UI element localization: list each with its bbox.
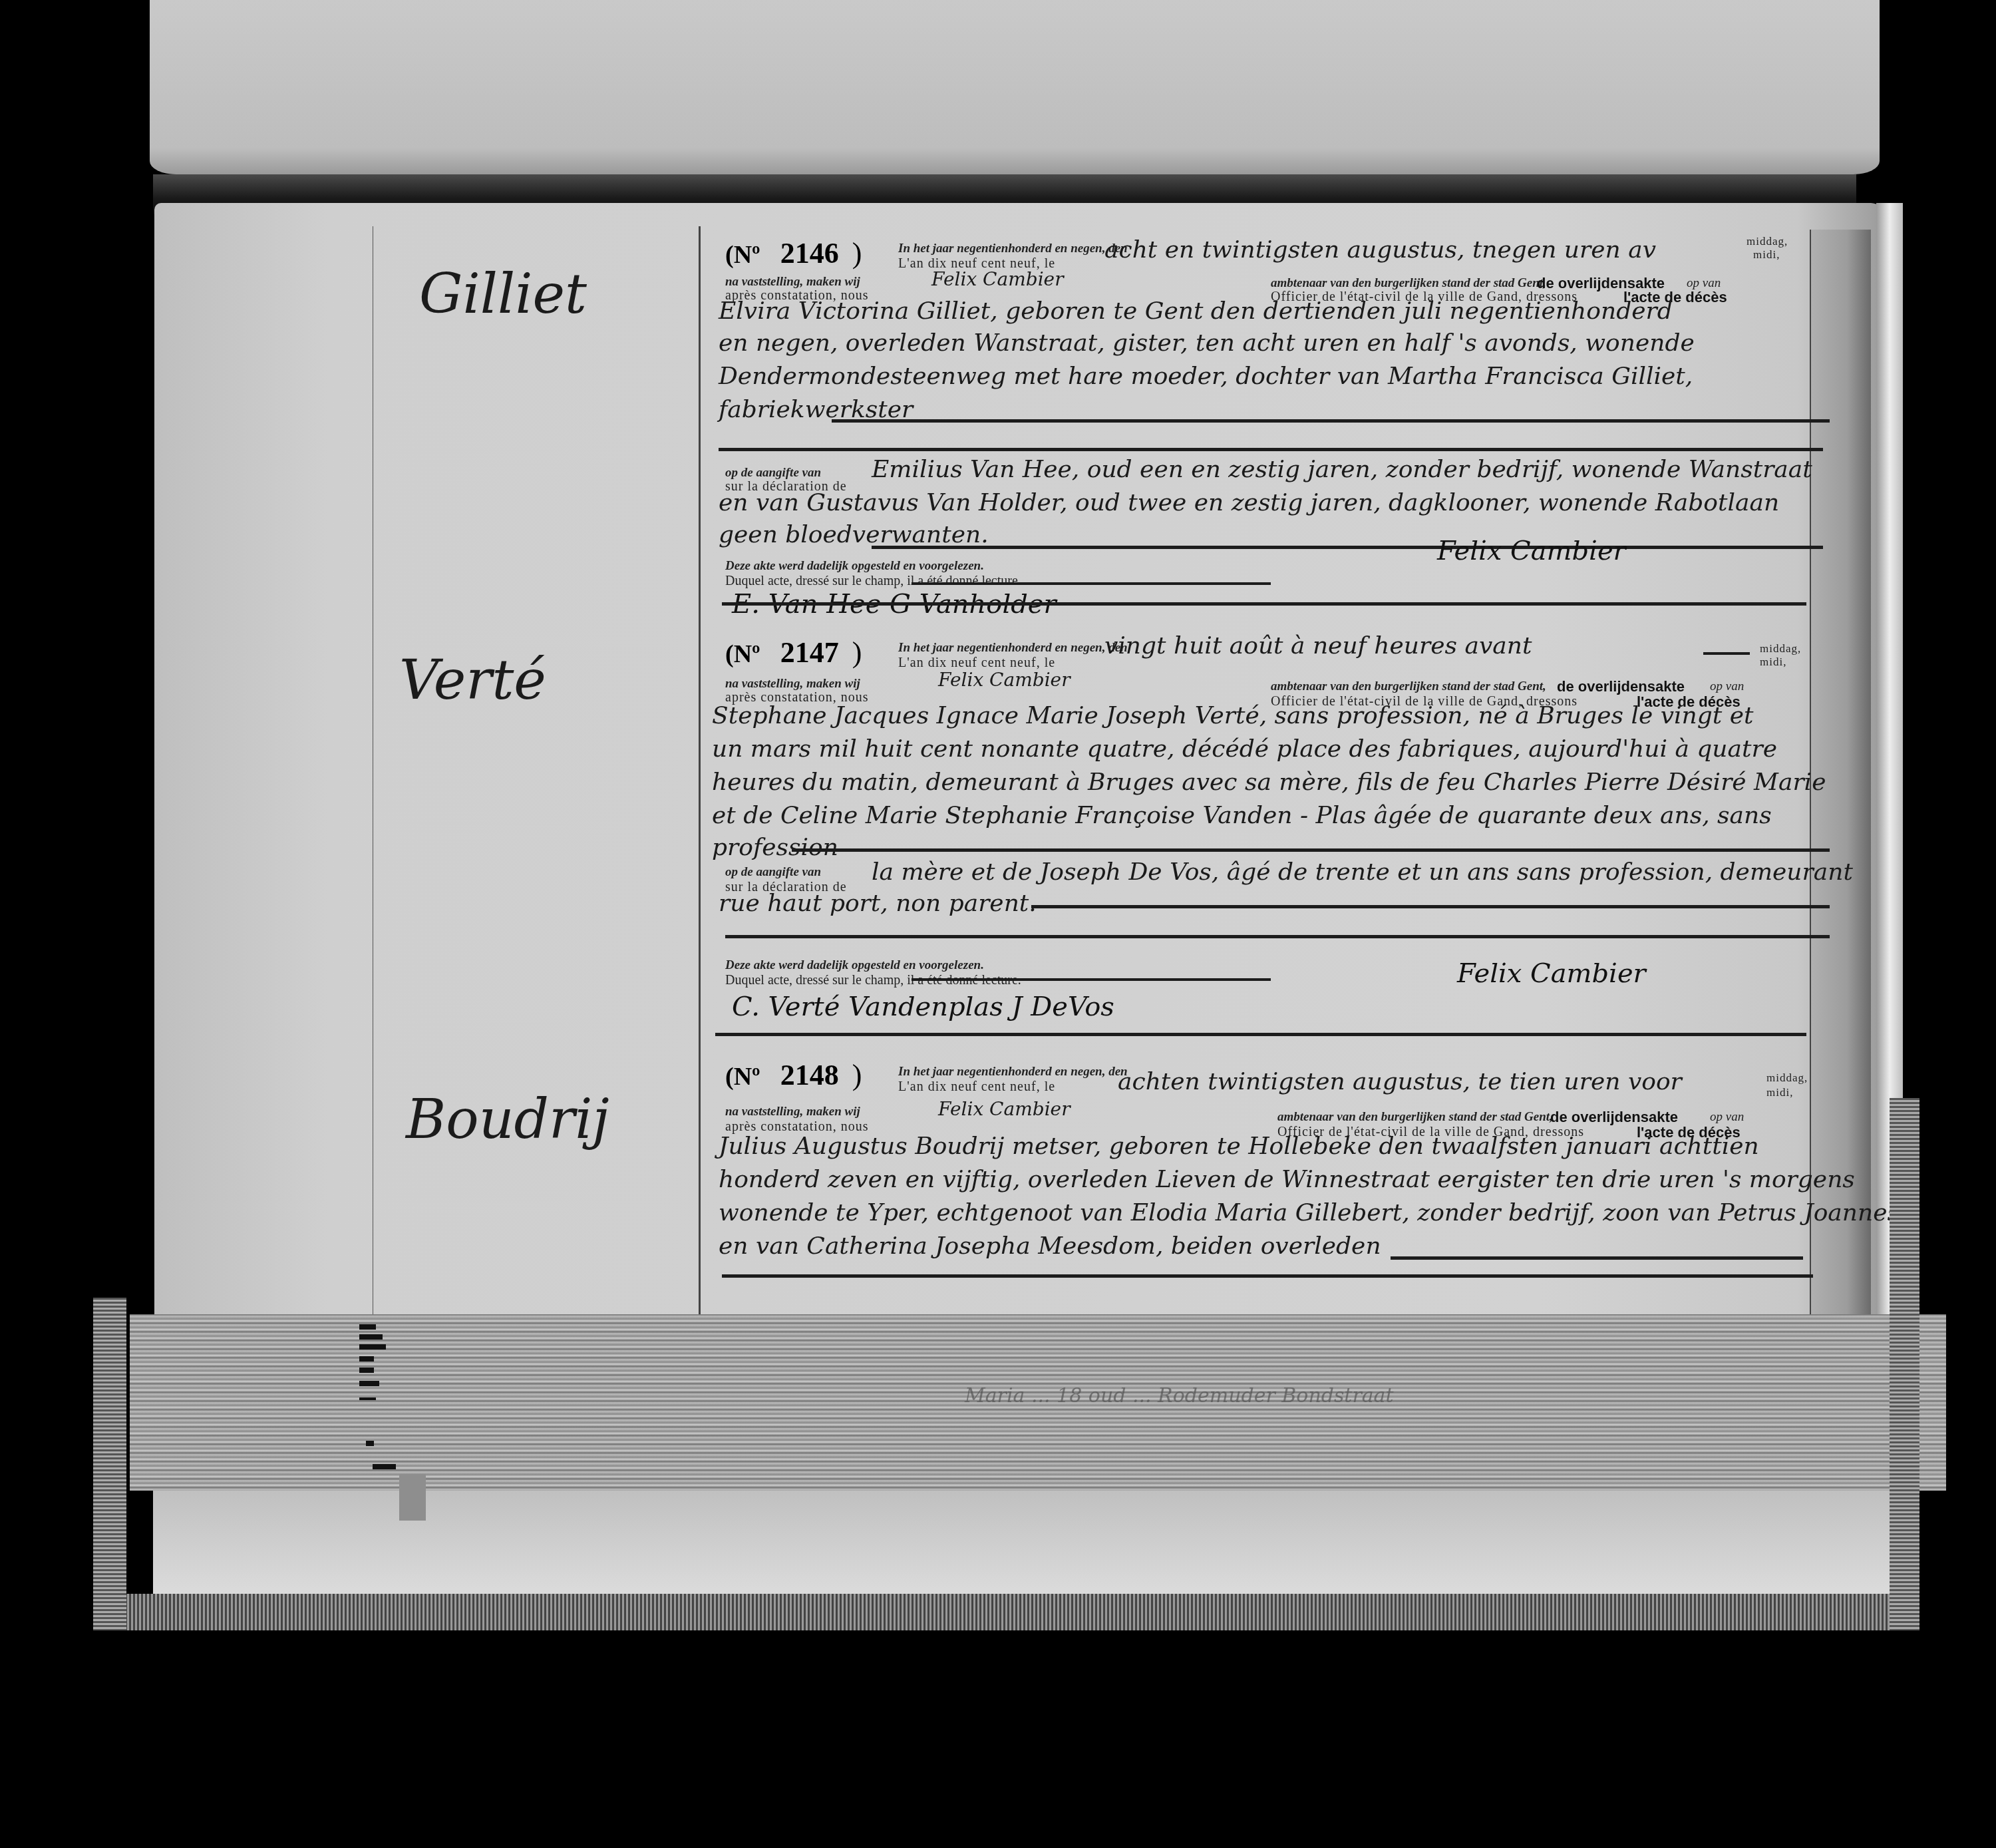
- label-midi: midi,: [1760, 655, 1786, 669]
- section-divider: [722, 602, 1806, 606]
- number-suffix: ): [852, 636, 862, 669]
- label-midi: midi,: [1766, 1086, 1793, 1099]
- signature-officer: Felix Cambier: [1457, 958, 1646, 989]
- label-middag: middag,: [1760, 642, 1801, 655]
- rule-line: [792, 848, 1830, 852]
- entry-number-block: (Nº2147): [725, 636, 862, 669]
- entry-2146: (Nº2146) In het jaar negentienhonderd en…: [719, 236, 1810, 609]
- previous-page-curl: [150, 0, 1880, 174]
- entry-number: 2148: [780, 1059, 839, 1091]
- tab-mark: [359, 1356, 374, 1362]
- number-prefix: (Nº: [725, 1063, 760, 1091]
- entry-number: 2147: [780, 636, 839, 669]
- body-line: Stephane Jacques Ignace Marie Joseph Ver…: [712, 702, 1753, 729]
- declarant-line: en van Gustavus Van Holder, oud twee en …: [719, 489, 1779, 516]
- number-suffix: ): [852, 237, 862, 270]
- date-handwritten: acht en twintigsten augustus, tnegen ure…: [1104, 236, 1656, 264]
- form-left-border: [699, 226, 701, 1318]
- tab-mark: [359, 1334, 383, 1340]
- label-na-vaststelling: na vaststelling, maken wij: [725, 1105, 860, 1119]
- label-year-fr: L'an dix neuf cent neuf, le: [898, 1079, 1055, 1095]
- cloth-binding-right: [1890, 1098, 1919, 1630]
- number-suffix: ): [852, 1059, 862, 1091]
- rule-line: [1703, 652, 1750, 655]
- body-line: heures du matin, demeurant à Bruges avec…: [712, 769, 1826, 796]
- rule-line: [719, 448, 1823, 451]
- label-op-van: op van: [1710, 679, 1744, 694]
- label-deze-akte: Deze akte werd dadelijk opgesteld en voo…: [725, 559, 984, 574]
- tab-mark: [373, 1464, 396, 1469]
- rule-line: [832, 419, 1830, 423]
- number-prefix: (Nº: [725, 241, 760, 269]
- margin-name-verte: Verté: [399, 649, 546, 712]
- entry-2147: (Nº2147) In het jaar negentienhonderd en…: [719, 636, 1810, 1035]
- label-ambtenaar: ambtenaar van den burgerlijken stand der…: [1277, 1110, 1553, 1125]
- section-divider: [715, 1033, 1806, 1036]
- label-na-vaststelling: na vaststelling, maken wij: [725, 677, 860, 691]
- declarant-line: la mère et de Joseph De Vos, âgé de tren…: [872, 858, 1853, 886]
- body-line: en van Catherina Josepha Meesdom, beiden…: [719, 1232, 1381, 1260]
- tab-mark: [359, 1381, 379, 1386]
- tab-mark: [359, 1324, 376, 1330]
- body-line: honderd zeven en vijftig, overleden Liev…: [719, 1166, 1855, 1193]
- label-midi: midi,: [1753, 248, 1780, 262]
- officer-name: Felix Cambier: [938, 1098, 1071, 1120]
- rule-line: [1031, 905, 1830, 908]
- label-na-vaststelling: na vaststelling, maken wij: [725, 275, 860, 289]
- date-handwritten: vingt huit août à neuf heures avant: [1104, 632, 1532, 659]
- entry-2148: (Nº2148) In het jaar negentienhonderd en…: [719, 1058, 1810, 1278]
- tab-mark: [359, 1344, 386, 1350]
- label-year-nl: In het jaar negentienhonderd en negen, d…: [898, 242, 1128, 256]
- rule-line: [912, 582, 1271, 585]
- rule-line: [872, 546, 1823, 549]
- declarant-line: Emilius Van Hee, oud een en zestig jaren…: [872, 456, 1812, 483]
- body-line: wonende te Yper, echtgenoot van Elodia M…: [719, 1199, 1900, 1226]
- label-aangifte: op de aangifte van: [725, 466, 821, 480]
- cloth-binding-bottom: [93, 1594, 1916, 1630]
- margin-name-gilliet: Gilliet: [419, 263, 587, 326]
- label-ambtenaar: ambtenaar van den burgerlijken stand der…: [1271, 679, 1546, 694]
- body-line: un mars mil huit cent nonante quatre, dé…: [712, 735, 1777, 763]
- tab-mark: [366, 1441, 374, 1446]
- body-line: Elvira Victorina Gilliet, geboren te Gen…: [719, 297, 1673, 325]
- rule-line: [725, 935, 1830, 938]
- label-aangifte: op de aangifte van: [725, 865, 821, 880]
- officer-name: Felix Cambier: [938, 669, 1071, 691]
- label-op-van: op van: [1710, 1110, 1744, 1125]
- label-deze-akte: Deze akte werd dadelijk opgesteld en voo…: [725, 958, 984, 973]
- rule-line: [1391, 1256, 1803, 1260]
- entry-number-block: (Nº2148): [725, 1058, 862, 1092]
- body-line: et de Celine Marie Stephanie Françoise V…: [712, 802, 1772, 829]
- tab-mark: [359, 1397, 376, 1400]
- signatures-declarants: C. Verté Vandenplas J DeVos: [732, 992, 1114, 1022]
- entry-number-block: (Nº2146): [725, 236, 862, 270]
- margin-name-boudrij: Boudrij: [406, 1088, 609, 1151]
- entry-number: 2146: [780, 237, 839, 270]
- cloth-binding-left: [93, 1298, 126, 1630]
- body-line: Julius Augustus Boudrij metser, geboren …: [719, 1133, 1759, 1160]
- body-line: en negen, overleden Wanstraat, gister, t…: [719, 329, 1695, 357]
- declarant-line: geen bloedverwanten.: [719, 521, 989, 548]
- tab-mark: [359, 1368, 374, 1373]
- declarant-line: rue haut port, non parent.: [719, 890, 1037, 917]
- page-tab: [399, 1474, 426, 1521]
- number-prefix: (Nº: [725, 640, 760, 668]
- section-divider: [722, 1274, 1813, 1278]
- label-ambtenaar: ambtenaar van den burgerlijken stand der…: [1271, 276, 1546, 291]
- officer-name: Felix Cambier: [931, 268, 1064, 290]
- date-handwritten: achten twintigsten augustus, te tien ure…: [1118, 1068, 1682, 1095]
- body-line: Dendermondesteenweg met hare moeder, doc…: [719, 363, 1693, 390]
- rule-line: [912, 978, 1271, 981]
- label-middag: middag,: [1746, 235, 1788, 248]
- margin-column-line: [373, 226, 373, 1318]
- body-line: profession: [712, 834, 838, 861]
- stack-faint-text: Maria ... 18 oud ... Rodemuder Bondstraa…: [965, 1384, 1394, 1407]
- signature-officer: Felix Cambier: [1437, 536, 1626, 566]
- label-duquel-acte: Duquel acte, dressé sur le champ, il a é…: [725, 574, 1021, 589]
- label-year-nl: In het jaar negentienhonderd en negen, d…: [898, 641, 1128, 655]
- label-middag: middag,: [1766, 1071, 1808, 1085]
- label-year-nl: In het jaar negentienhonderd en negen, d…: [898, 1065, 1128, 1079]
